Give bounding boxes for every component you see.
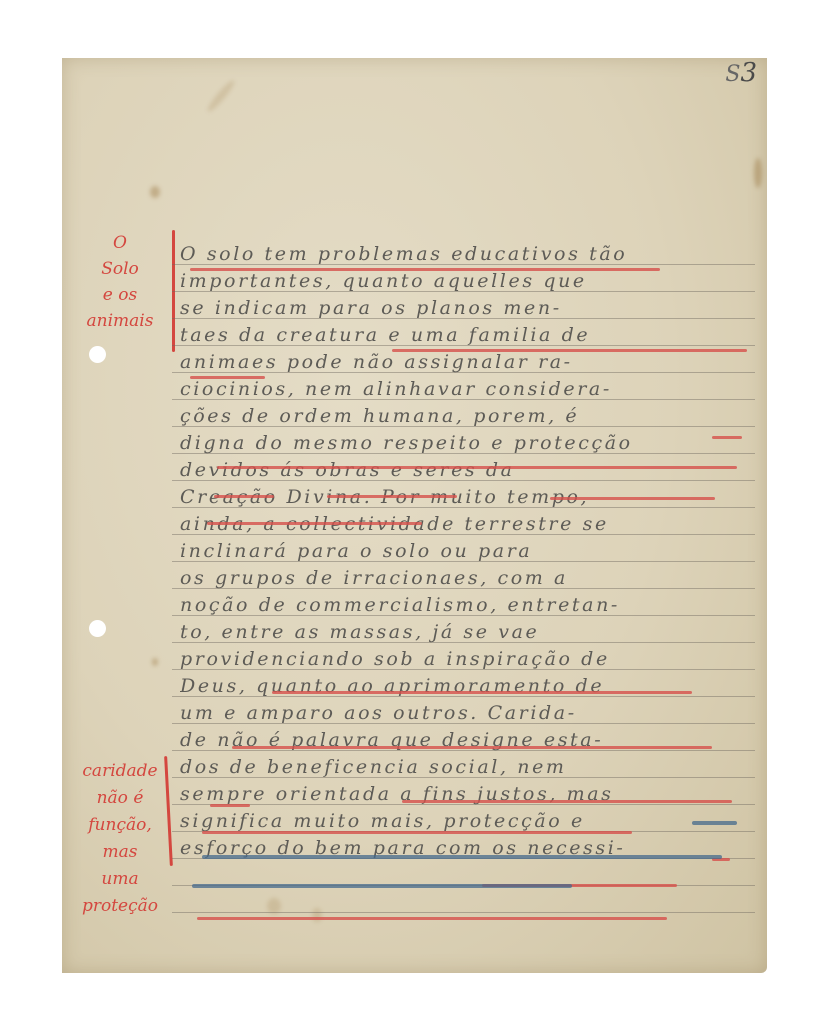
text-line: se indicam para os planos men- bbox=[180, 295, 765, 322]
text-line: devidos ás obras e seres da bbox=[180, 457, 765, 484]
text-line: providenciando sob a inspiração de bbox=[180, 646, 765, 673]
red-underline bbox=[214, 495, 274, 498]
red-underline bbox=[712, 436, 742, 439]
margin-note-top: O Solo e os animais bbox=[70, 230, 170, 334]
red-underline bbox=[232, 746, 712, 749]
red-underline bbox=[217, 466, 737, 469]
text-line: ções de ordem humana, porem, é bbox=[180, 403, 765, 430]
manuscript-page: S3 O Solo e os animais caridade não é fu… bbox=[62, 58, 767, 973]
red-underline bbox=[190, 376, 265, 379]
text-line: de não é palavra que designe esta- bbox=[180, 727, 765, 754]
text-line: digna do mesmo respeito e protecção bbox=[180, 430, 765, 457]
red-underline bbox=[402, 800, 732, 803]
punch-hole bbox=[89, 620, 106, 637]
red-underline bbox=[327, 495, 457, 498]
blue-underline bbox=[692, 821, 737, 825]
red-underline bbox=[272, 691, 692, 694]
blue-underline bbox=[192, 884, 572, 888]
ruled-line bbox=[172, 912, 755, 913]
text-line: O solo tem problemas educativos tão bbox=[180, 241, 765, 268]
red-underline bbox=[210, 804, 250, 807]
punch-hole bbox=[89, 346, 106, 363]
red-underline bbox=[392, 349, 747, 352]
text-line: um e amparo aos outros. Carida- bbox=[180, 700, 765, 727]
text-line: inclinará para o solo ou para bbox=[180, 538, 765, 565]
margin-note-bottom: caridade não é função, mas uma proteção bbox=[70, 758, 170, 920]
red-underline bbox=[550, 497, 715, 500]
stain bbox=[150, 186, 160, 198]
text-line: ciocinios, nem alinhavar considera- bbox=[180, 376, 765, 403]
text-line: sempre orientada a fins justos, mas bbox=[180, 781, 765, 808]
text-line: animaes pode não assignalar ra- bbox=[180, 349, 765, 376]
text-line: os grupos de irracionaes, com a bbox=[180, 565, 765, 592]
text-line: noção de commercialismo, entretan- bbox=[180, 592, 765, 619]
stain bbox=[754, 158, 762, 188]
red-underline bbox=[207, 522, 422, 525]
blue-underline bbox=[202, 855, 722, 859]
text-line: Deus, quanto ao aprimoramento de bbox=[180, 673, 765, 700]
red-underline bbox=[190, 268, 660, 271]
text-line: taes da creatura e uma familia de bbox=[180, 322, 765, 349]
text-line: importantes, quanto aquelles que bbox=[180, 268, 765, 295]
red-underline bbox=[202, 831, 632, 834]
red-underline bbox=[197, 917, 667, 920]
text-line: to, entre as massas, já se vae bbox=[180, 619, 765, 646]
stain bbox=[205, 78, 237, 114]
stain bbox=[152, 658, 158, 666]
page-number: S3 bbox=[725, 58, 757, 88]
text-line: dos de beneficencia social, nem bbox=[180, 754, 765, 781]
